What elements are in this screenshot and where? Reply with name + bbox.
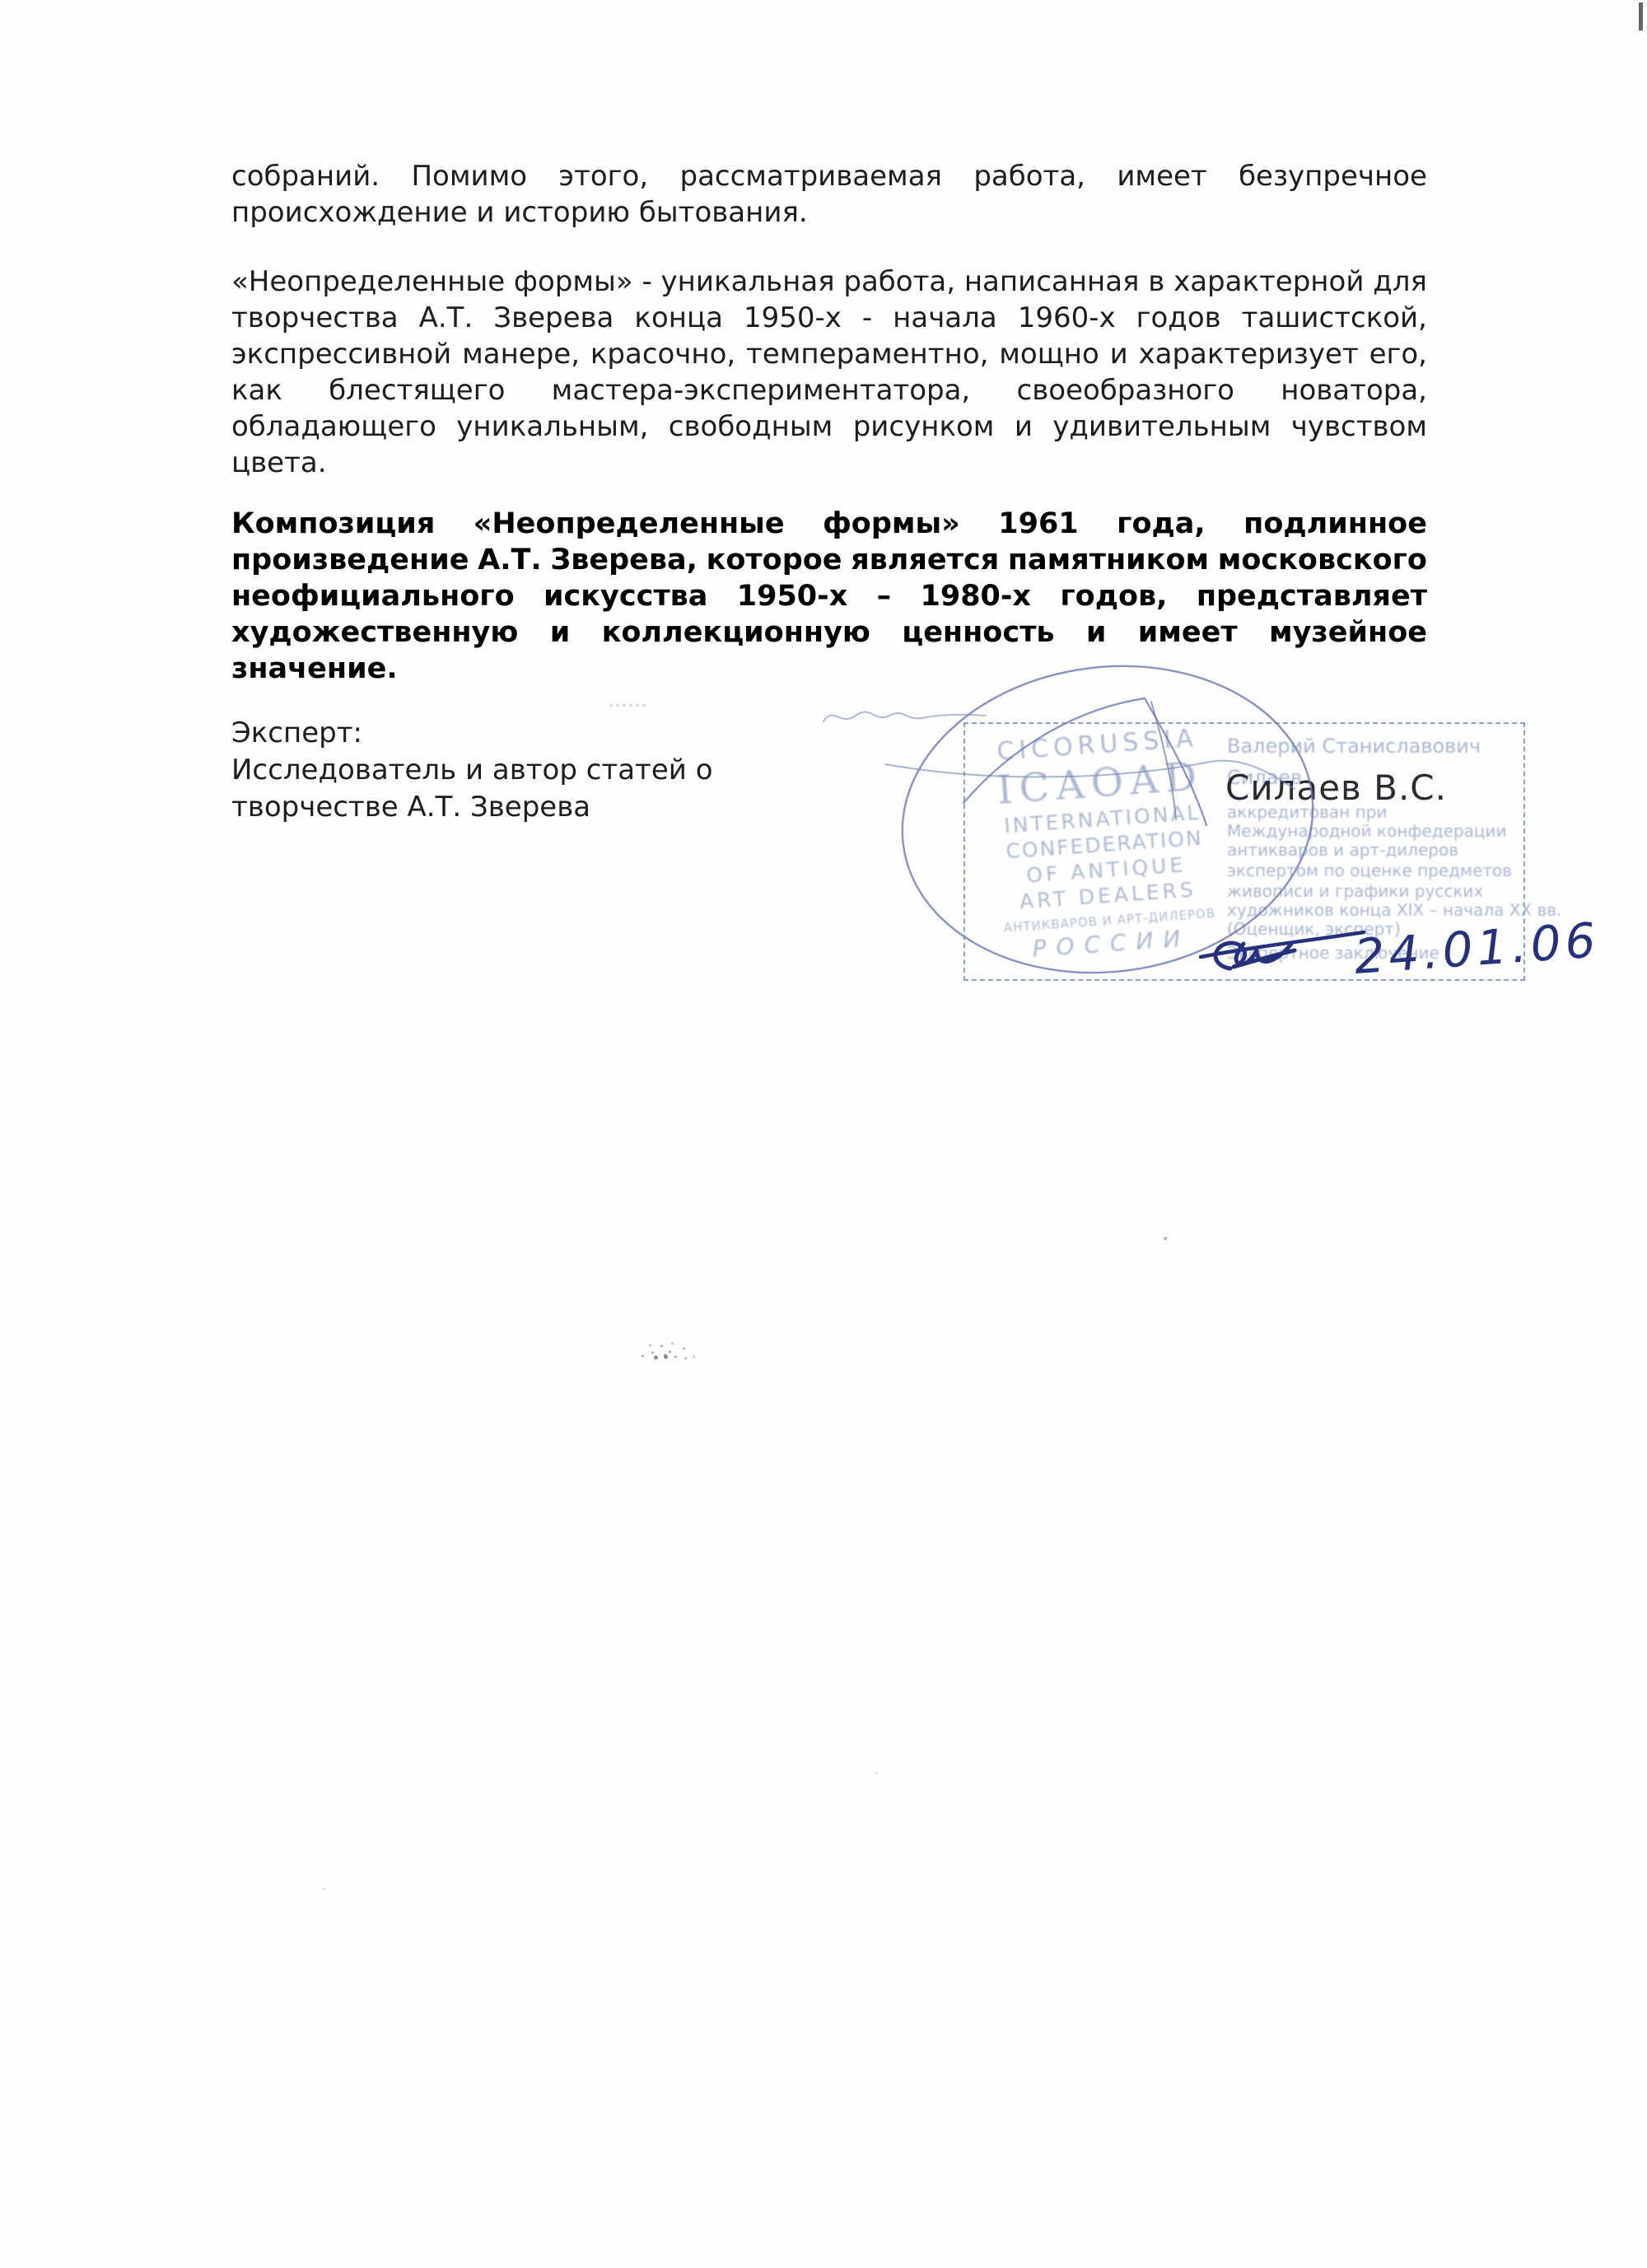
stamp-credentials-block: Валерий СтаниславовичСилаеваккредитован …: [1225, 724, 1522, 979]
scan-artifact-speckles: [664, 1354, 666, 1356]
text-line: происхождение и историю бытования.: [231, 194, 1427, 231]
scan-artifact-dot: [1164, 1237, 1167, 1240]
expert-label: Эксперт:: [231, 715, 713, 752]
scan-artifact-corner-mark: [1639, 2, 1643, 30]
expert-name: Силаев В.С.: [1225, 768, 1447, 808]
text-line: какблестящегомастера-экспериментатора,св…: [231, 372, 1427, 408]
expert-stamp: CICORUSSIAICAOADINTERNATIONALCONFEDERATI…: [963, 722, 1525, 981]
stamp-line: Экспертное заключение: [1227, 943, 1439, 963]
stamp-line: экспертом по оценке предметов: [1227, 861, 1512, 880]
text-line: произведениеА.Т.Зверева,котороеявляетсяп…: [231, 542, 1427, 578]
text-line: обладающегоуникальным,свободнымрисункоми…: [231, 408, 1427, 445]
scan-artifact-scratch: [609, 704, 646, 707]
text-line: неофициальногоискусства1950-х–1980-хгодо…: [231, 578, 1427, 614]
text-line: Композиция«Неопределенныеформы»1961года,…: [231, 506, 1427, 542]
signature-wavy-stroke: [823, 712, 985, 721]
text-line: экспрессивнойманере,красочно,темперамент…: [231, 336, 1427, 372]
stamp-line: Международной конфедерации: [1227, 821, 1507, 841]
stamp-line: (Оценщик, эксперт): [1227, 919, 1401, 939]
stamp-logo-block: CICORUSSIAICAOADINTERNATIONALCONFEDERATI…: [969, 722, 1239, 967]
scan-artifact-dot: [323, 1888, 325, 1890]
text-line: творчестваА.Т.Звереваконца1950-х-начала1…: [231, 300, 1427, 336]
text-line: цвета.: [231, 445, 1427, 481]
expert-role-line-2: творчестве А.Т. Зверева: [231, 789, 713, 826]
expert-block: Эксперт: Исследователь и автор статей о …: [231, 715, 713, 826]
scanned-document-page: собраний.Помимоэтого,рассматриваемаярабо…: [0, 0, 1647, 2268]
paragraph-conclusion: Композиция«Неопределенныеформы»1961года,…: [231, 506, 1427, 687]
text-line: значение.: [231, 651, 1427, 687]
text-line: художественнуюиколлекционнуюценностьииме…: [231, 614, 1427, 651]
paragraph-provenance: собраний.Помимоэтого,рассматриваемаярабо…: [231, 158, 1427, 231]
paragraph-description: «Неопределенныеформы»-уникальнаяработа,н…: [231, 264, 1427, 481]
text-line: «Неопределенныеформы»-уникальнаяработа,н…: [231, 264, 1427, 300]
stamp-line: Валерий Станиславович: [1227, 735, 1481, 758]
stamp-line: художников конца XIX – начала XX вв.: [1227, 900, 1561, 920]
scan-artifact-dot: [875, 1772, 878, 1775]
stamp-line: живописи и графики русских: [1227, 881, 1483, 901]
stamp-line: антикваров и арт-дилеров: [1227, 840, 1458, 860]
text-line: собраний.Помимоэтого,рассматриваемаярабо…: [231, 158, 1427, 194]
expert-role-line-1: Исследователь и автор статей о: [231, 752, 713, 789]
